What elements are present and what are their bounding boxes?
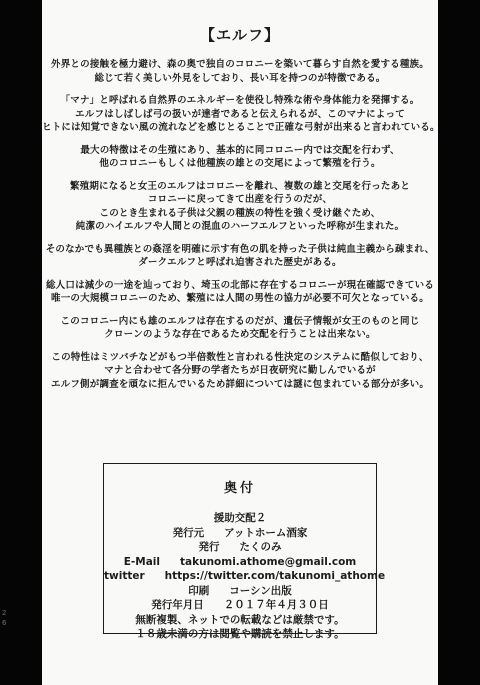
colophon-label: 発行年月日 [151,599,204,611]
colophon-label: 発行元 [173,527,205,539]
colophon-notice-no-reproduction: 無断複製、ネットでの転載などは厳禁です。 [104,613,376,628]
edge-page-mark: 6 [2,619,6,627]
colophon-heading: 奥付 [104,477,376,496]
colophon-value: たくのみ [240,541,282,553]
colophon-row-printer: 印刷コーシン出版 [104,584,376,599]
colophon-label: 印刷 [188,585,209,597]
page-title: 【エルフ】 [42,24,438,45]
colophon-value: コーシン出版 [229,585,292,597]
colophon-work-title: 援助交配２ [104,511,376,526]
text-line: 「マナ」と呼ばれる自然界のエネルギーを使役し特殊な術や身体能力を発揮する。 [42,94,438,108]
text-line: この特性はミツバチなどがもつ半倍数性と言われる性決定のシステムに酷似しており、 [42,351,438,365]
colophon-notice-age-restriction: １８歳未満の方は閲覧や購読を禁止します。 [104,627,376,642]
colophon-email-text: takunomi.athome@gmail.com [180,556,356,568]
colophon-label: E-Mail [124,556,160,568]
text-line: そのなかでも異種族との姦淫を明確に示す有色の肌を持った子供は純血主義から疎まれ、 [42,243,438,257]
colophon-twitter-url-text: https://twitter.com/takunomi_athome [165,570,385,582]
colophon-row-email: E-Mailtakunomi.athome@gmail.com [104,555,376,570]
colophon-value: ２０１７年４月３０日 [224,599,329,611]
paragraph: 外界との接触を極力避け、森の奥で独自のコロニーを築いて暮らす自然を愛する種族。 … [42,58,438,85]
colophon-row-publish-date: 発行年月日２０１７年４月３０日 [104,598,376,613]
text-line: 総人口は減少の一途を辿っており、埼玉の北部に存在するコロニーが現在確認できている [42,279,438,293]
text-line: エルフはしばしば弓の扱いが達者であると伝えられるが、このマナによって [42,108,438,122]
text-line: ヒトには知覚できない風の流れなどを感じとることで正確な弓射が出来ると言われている… [42,121,438,135]
colophon-row-author: 発行たくのみ [104,540,376,555]
colophon-box: 奥付 援助交配２ 発行元アットホーム酒家 発行たくのみ E-Mailtakuno… [103,463,377,634]
text-line: エルフ側が調査を頑なに拒んでいるため詳細については謎に包まれている部分が多い。 [42,378,438,392]
paragraph: 「マナ」と呼ばれる自然界のエネルギーを使役し特殊な術や身体能力を発揮する。 エル… [42,94,438,135]
text-line: 外界との接触を極力避け、森の奥で独自のコロニーを築いて暮らす自然を愛する種族。 [42,58,438,72]
paragraph: 最大の特徴はその生殖にあり、基本的に同コロニー内では交配を行わず、 他のコロニー… [42,144,438,171]
text-line: クローンのような存在であるため交配を行うことは出来ない。 [42,328,438,342]
text-line: ダークエルフと呼ばれ迫害された歴史がある。 [42,256,438,270]
text-line: 総じて若く美しい外見をしており、長い耳を持つのが特徴である。 [42,72,438,86]
text-line: このとき生まれる子供は父親の種族の特性を強く受け継ぐため、 [42,207,438,221]
text-line: このコロニー内にも雄のエルフは存在するのだが、遺伝子情報が女王のものと同じ [42,315,438,329]
body-text: 【エルフ】 外界との接触を極力避け、森の奥で独自のコロニーを築いて暮らす自然を愛… [42,24,438,400]
colophon-label: twitter [104,570,145,582]
colophon-value: アットホーム酒家 [224,527,307,539]
right-black-margin [438,0,480,685]
colophon-row-twitter: twitterhttps://twitter.com/takunomi_atho… [104,569,376,584]
paragraph: 繁殖期になると女王のエルフはコロニーを離れ、複数の雄と交尾を行ったあと コロニー… [42,180,438,234]
text-line: 繁殖期になると女王のエルフはコロニーを離れ、複数の雄と交尾を行ったあと [42,180,438,194]
text-line: 最大の特徴はその生殖にあり、基本的に同コロニー内では交配を行わず、 [42,144,438,158]
text-line: 唯一の大規模コロニーのため、繁殖には人間の男性の協力が必要不可欠となっている。 [42,292,438,306]
text-line: コロニーに戻ってきて出産を行うのだが、 [42,193,438,207]
paragraph: この特性はミツバチなどがもつ半倍数性と言われる性決定のシステムに酷似しており、 … [42,351,438,392]
edge-page-mark: 2 [2,609,6,617]
colophon-row-publisher-circle: 発行元アットホーム酒家 [104,526,376,541]
paragraph: 総人口は減少の一途を辿っており、埼玉の北部に存在するコロニーが現在確認できている… [42,279,438,306]
paragraph: そのなかでも異種族との姦淫を明確に示す有色の肌を持った子供は純血主義から疎まれ、… [42,243,438,270]
text-line: 純潔のハイエルフや人間との混血のハーフエルフといった呼称が生まれた。 [42,220,438,234]
paragraph: このコロニー内にも雄のエルフは存在するのだが、遺伝子情報が女王のものと同じ クロ… [42,315,438,342]
scanned-page: 【エルフ】 外界との接触を極力避け、森の奥で独自のコロニーを築いて暮らす自然を愛… [42,0,438,685]
colophon-label: 発行 [199,541,220,553]
text-line: 他のコロニーもしくは他種族の雄との交尾によって繁殖を行う。 [42,157,438,171]
text-line: マナと合わせて各分野の学者たちが日夜研究に勤しんでいるが [42,364,438,378]
left-black-margin [0,0,42,685]
